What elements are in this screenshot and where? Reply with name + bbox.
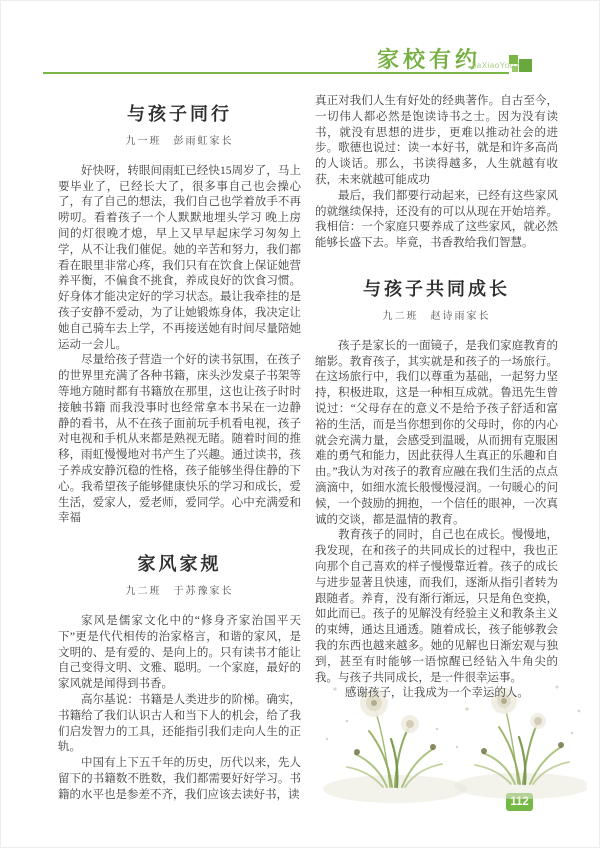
article3-title: 与孩子共同成长 <box>315 276 558 302</box>
article3-header: 与孩子共同成长 九二班 赵诗雨家长 <box>315 252 558 325</box>
section-title: 家校有约 <box>377 48 481 72</box>
article2-paragraph: 家风是儒家文化中的“修身齐家治国平天下”更是代代相传的治家格言，和谐的家风，是文… <box>58 614 301 693</box>
article1-paragraph: 好快呀，转眼间雨虹已经快15周岁了，马上要毕业了，已经长大了，很多事自己也会操心… <box>58 164 301 354</box>
article1-title: 与孩子同行 <box>58 101 301 127</box>
article3-paragraph: 孩子是家长的一面镜子，是我们家庭教育的缩影。教育孩子，其实就是和孩子的一场旅行。… <box>315 339 558 529</box>
magazine-page: 家校有约 JiaXiaoYouYue <box>0 0 600 848</box>
pixel-squares-icon <box>509 53 537 81</box>
article3-byline: 九二班 赵诗雨家长 <box>315 309 558 325</box>
article2-byline: 九二班 于苏豫家长 <box>58 584 301 600</box>
article2-paragraph: 高尔基说：书籍是人类进步的阶梯。确实，书籍给了我们认识古人和当下人的机会，给了我… <box>58 693 301 756</box>
column-right: 真正对我们人生有好处的经典著作。自古至今，一切伟人都必然是饱读诗书之士。因为没有… <box>315 89 558 803</box>
article2-header: 家风家规 九二班 于苏豫家长 <box>58 527 301 600</box>
column-left: 与孩子同行 九一班 彭雨虹家长 好快呀，转眼间雨虹已经快15周岁了，马上要毕业了… <box>58 89 301 803</box>
article3-closing-line: 感谢孩子，让我成为一个幸运的人。 <box>315 686 558 702</box>
article2-paragraph: 中国有上下五千年的历史，历代以来，先人留下的书籍数不胜数，我们都需要好好学习。书… <box>58 756 301 803</box>
article2-paragraph-continued: 真正对我们人生有好处的经典著作。自古至今，一切伟人都必然是饱读诗书之士。因为没有… <box>315 94 558 189</box>
article1-paragraph: 尽量给孩子营造一个好的读书氛围，在孩子的世界里充满了各种书籍，床头沙发桌子书架等… <box>58 353 301 527</box>
article1-byline: 九一班 彭雨虹家长 <box>58 134 301 150</box>
article2-title: 家风家规 <box>58 551 301 577</box>
article-columns: 与孩子同行 九一班 彭雨虹家长 好快呀，转眼间雨虹已经快15周岁了，马上要毕业了… <box>58 89 558 803</box>
header-rule <box>43 72 509 74</box>
article3-paragraph: 教育孩子的同时，自己也在成长。慢慢地，我发现，在和孩子的共同成长的过程中，我也正… <box>315 528 558 686</box>
article2-paragraph: 最后，我们都要行动起来，已经有这些家风的就继续保持，还没有的可以从现在开始培养。… <box>315 189 558 252</box>
article1-header: 与孩子同行 九一班 彭雨虹家长 <box>58 89 301 150</box>
